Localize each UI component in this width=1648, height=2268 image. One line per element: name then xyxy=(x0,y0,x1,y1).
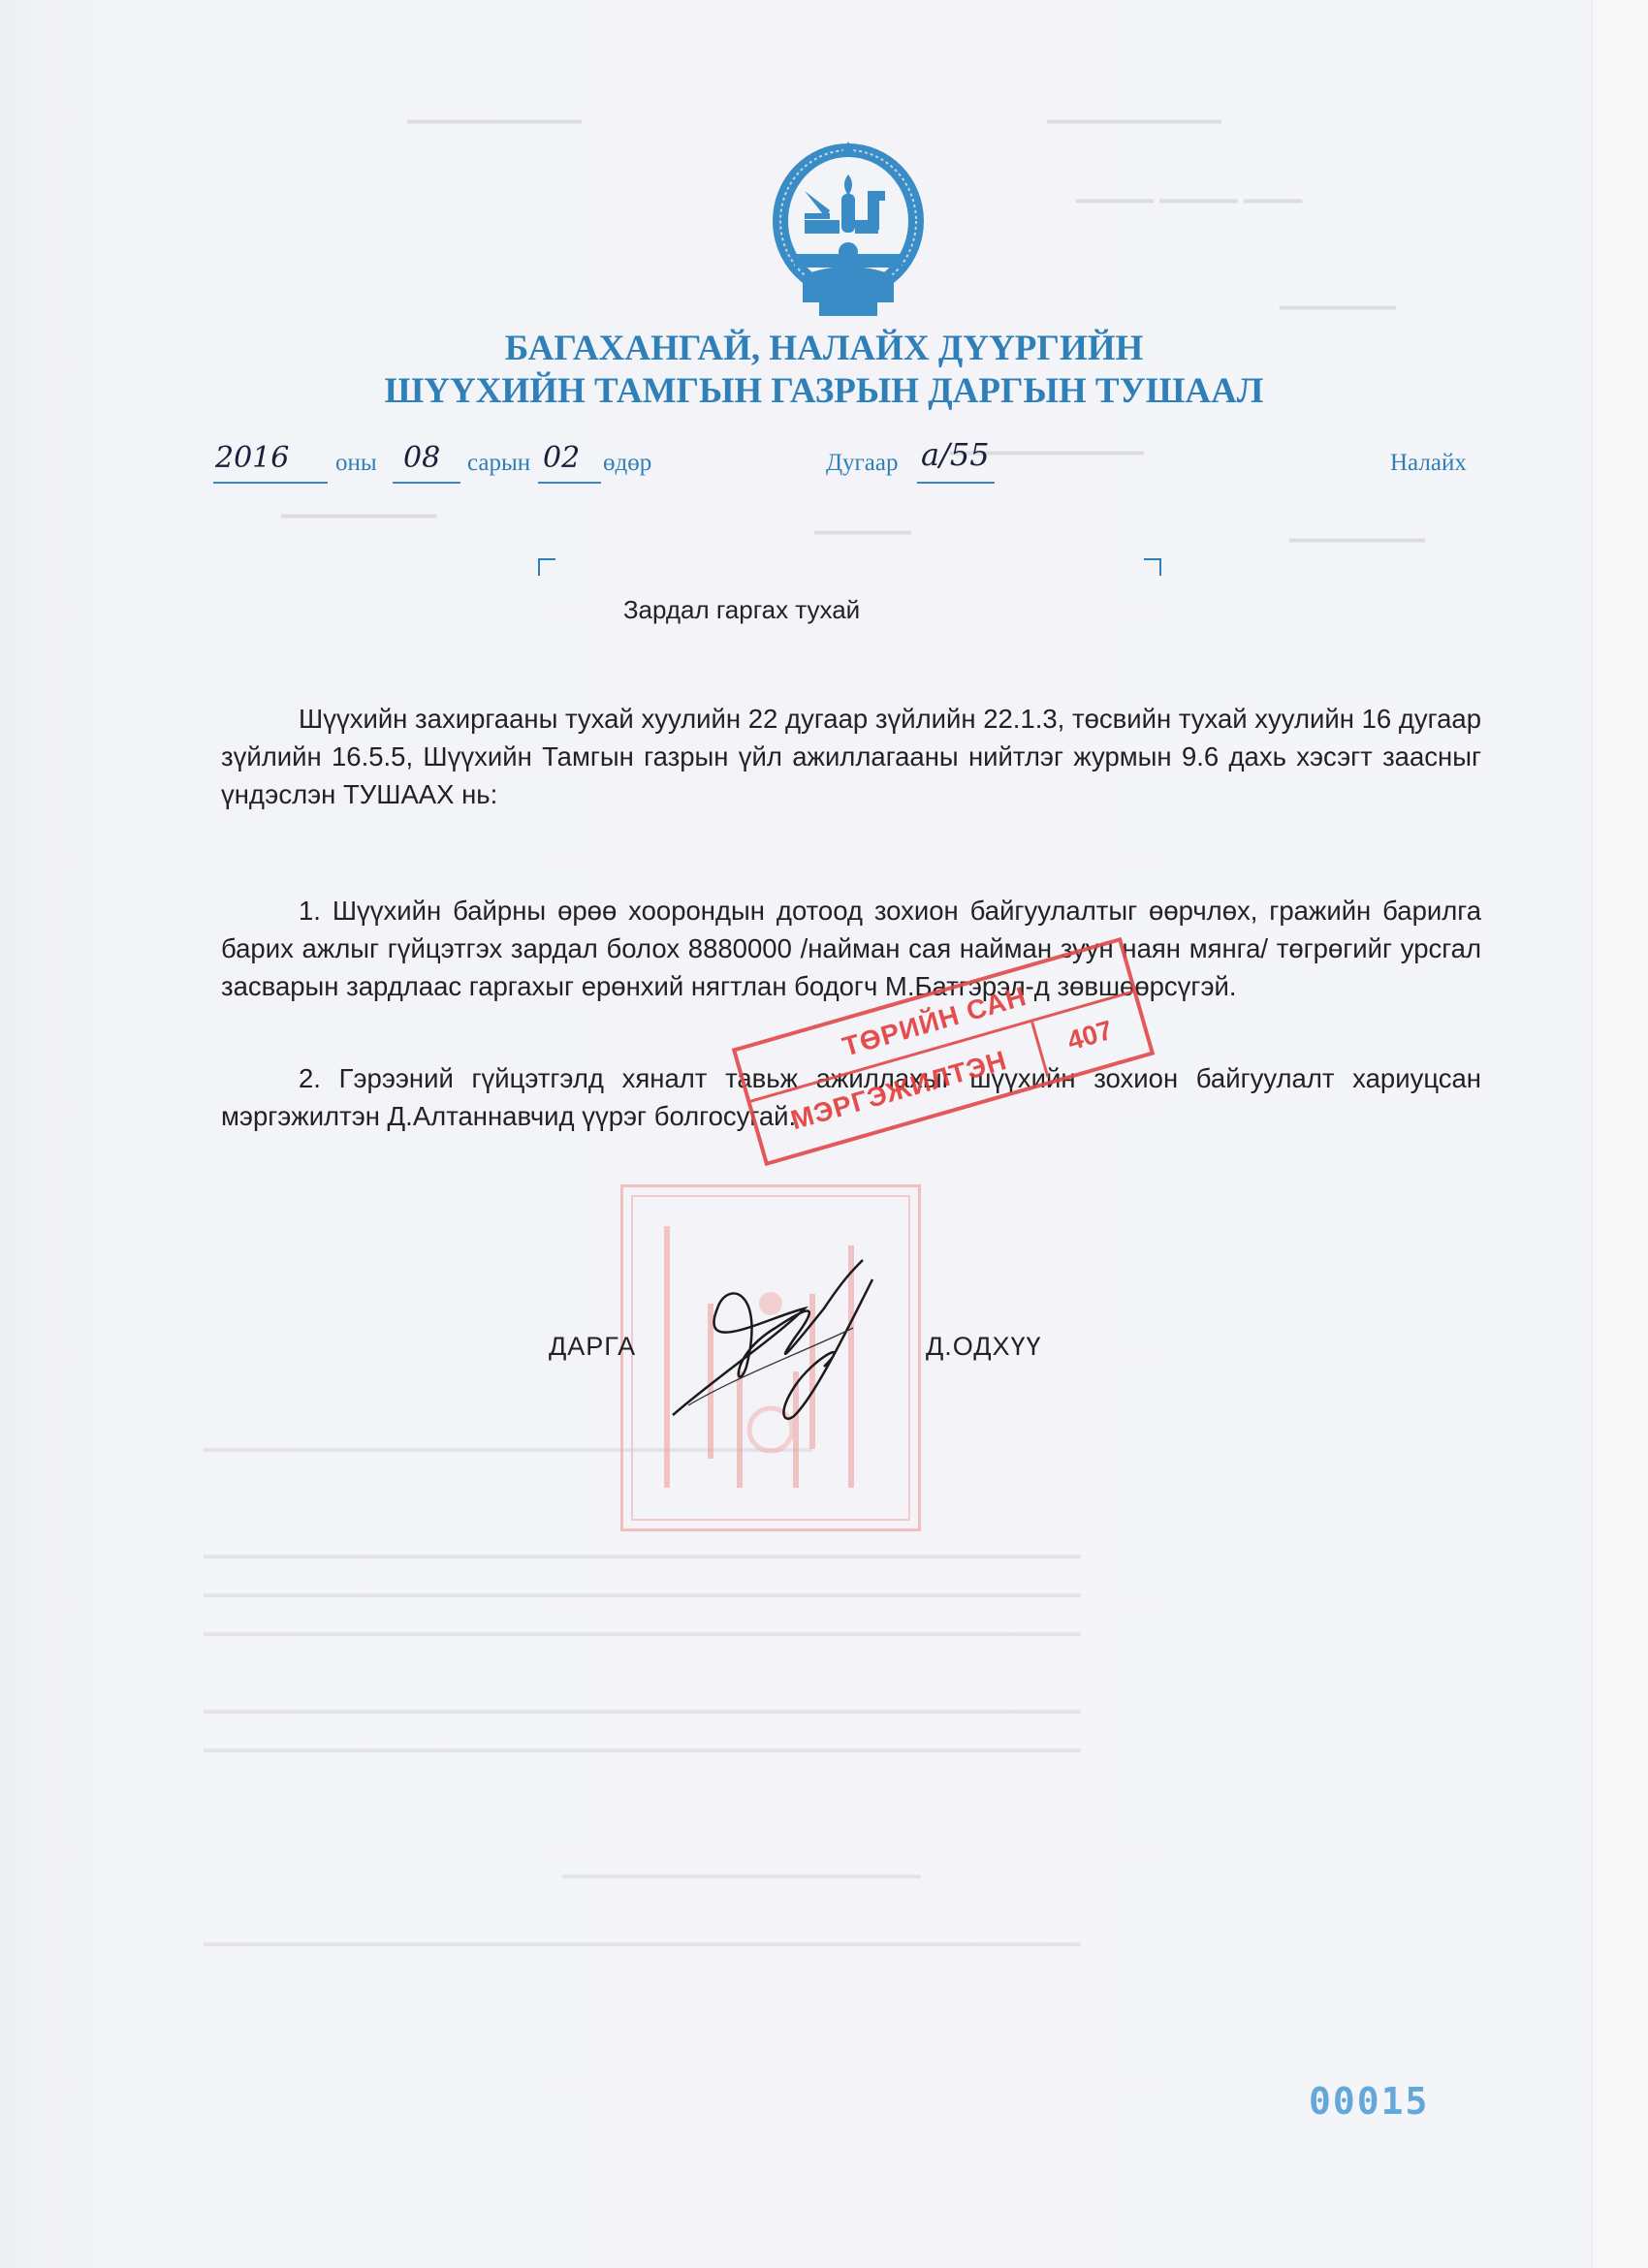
preamble-paragraph: Шүүхийн захиргааны тухай хуулийн 22 дуга… xyxy=(221,700,1481,813)
number-label: Дугаар xyxy=(826,450,899,477)
bleed-through-text: ▁▁▁▁▁▁▁▁▁▁▁▁▁▁▁▁▁▁▁▁▁▁▁▁▁▁▁▁▁▁▁▁▁▁▁▁▁▁▁▁… xyxy=(204,1609,1080,1637)
signature-icon xyxy=(659,1250,911,1444)
document-page: ▁▁▁▁▁▁▁▁▁ ▁▁▁▁▁▁▁▁▁ ▁▁▁▁ ▁▁▁▁ ▁▁▁ ▁▁▁▁▁▁… xyxy=(0,0,1592,2268)
bleed-through-text: ▁▁▁▁▁▁▁▁▁▁▁▁▁▁▁▁▁▁▁▁▁▁▁▁▁▁▁▁▁▁▁▁▁▁▁▁▁▁▁▁… xyxy=(204,1919,1080,1947)
bleed-through-text: ▁▁▁▁▁ xyxy=(814,506,911,535)
bleed-through-text: ▁▁▁▁▁▁▁ xyxy=(1289,514,1425,543)
bracket-top-left xyxy=(538,558,555,576)
month-suffix: сарын xyxy=(467,450,530,477)
bleed-through-text: ▁▁▁▁ ▁▁▁▁ ▁▁▁ xyxy=(1076,174,1302,204)
scan-margin xyxy=(1592,0,1648,2268)
order-item-text: 1. Шүүхийн байрны өрөө хоорондын дотоод … xyxy=(221,896,1481,1001)
state-emblem-icon xyxy=(766,138,931,322)
day-underline xyxy=(538,482,601,484)
number-underline xyxy=(917,482,995,484)
year-suffix: оны xyxy=(335,450,377,477)
bleed-through-text: ▁▁▁▁▁▁▁▁▁▁▁▁▁▁▁▁▁▁▁▁▁▁▁▁▁▁▁▁▁▁▁▁▁▁▁▁▁▁▁▁… xyxy=(204,1725,1080,1753)
handwritten-year: 2016 xyxy=(215,441,289,475)
bleed-through-text: ▁▁▁▁▁▁▁▁▁ xyxy=(1047,95,1221,124)
bleed-through-text: ▁▁▁▁▁▁▁▁ xyxy=(281,489,436,519)
handwritten-order-number: а/55 xyxy=(921,436,990,473)
bleed-through-text: ▁▁▁▁▁▁ xyxy=(1280,281,1396,310)
bracket-top-right xyxy=(1144,558,1161,576)
org-title-line2: ШҮҮХИЙН ТАМГЫН ГАЗРЫН ДАРГЫН ТУШААЛ xyxy=(0,370,1648,412)
bleed-through-text: ▁▁▁▁▁▁▁▁▁▁▁▁▁▁▁▁▁▁▁▁▁▁▁▁▁▁▁▁▁▁▁▁▁▁▁▁▁▁▁▁… xyxy=(204,1686,1080,1715)
month-underline xyxy=(393,482,460,484)
day-suffix: өдөр xyxy=(603,450,651,477)
order-subject: Зардал гаргах тухай xyxy=(0,595,1483,625)
order-item-1: 1. Шүүхийн байрны өрөө хоорондын дотоод … xyxy=(221,892,1481,1005)
signatory-name: Д.ОДХҮҮ xyxy=(926,1332,1042,1362)
page-number-stamp: 00015 xyxy=(1309,2080,1429,2123)
year-underline xyxy=(213,482,328,484)
signatory-title: ДАРГА xyxy=(549,1332,636,1362)
preamble-text: Шүүхийн захиргааны тухай хуулийн 22 дуга… xyxy=(221,704,1481,809)
handwritten-month: 08 xyxy=(403,441,440,475)
bleed-through-text: ▁▁▁▁▁▁▁▁▁ xyxy=(407,95,582,124)
bleed-through-text: ▁▁▁▁▁▁▁▁▁▁▁▁▁▁▁▁▁▁▁▁ xyxy=(562,1851,920,1879)
bleed-through-text: ▁▁▁▁▁▁▁▁▁▁▁▁▁▁▁▁▁▁▁▁▁▁▁▁▁▁▁▁▁▁▁▁▁▁▁▁▁▁▁▁… xyxy=(204,1570,1080,1598)
org-title-line1: БАГАХАНГАЙ, НАЛАЙХ ДҮҮРГИЙН xyxy=(0,328,1648,369)
handwritten-day: 02 xyxy=(543,441,580,475)
place-name: Налайх xyxy=(1390,450,1467,477)
bleed-through-text: ▁▁▁▁▁▁▁▁▁▁▁▁▁▁▁▁▁▁▁▁▁▁▁▁▁▁▁▁▁▁▁▁▁▁▁▁▁▁▁▁… xyxy=(204,1531,1080,1559)
